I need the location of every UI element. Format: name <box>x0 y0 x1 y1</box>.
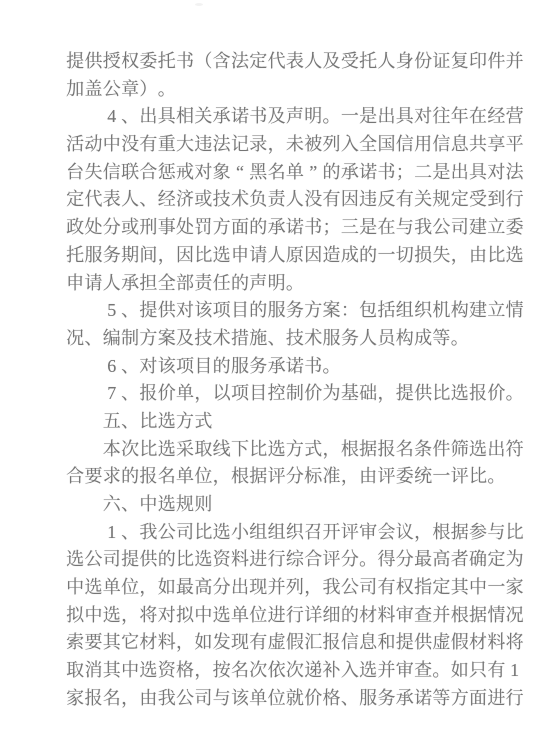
text-line: 5、提供对该项目的服务方案：包括组织机构建立情 <box>66 297 525 325</box>
text-line: 政处分或刑事处罚方面的承诺书；三是在与我公司建立委 <box>66 214 525 242</box>
text-line: 活动中没有重大违法记录，未被列入全国信用信息共享平 <box>66 131 525 159</box>
document-text-block: 提供授权委托书（含法定代表人及受托人身份证复印件并加盖公章）。4、出具相关承诺书… <box>66 48 525 713</box>
text-line: 加盖公章）。 <box>66 76 525 104</box>
text-line: 台失信联合惩戒对象“黑名单”的承诺书；二是出具对法 <box>66 159 525 187</box>
text-line: 家报名，由我公司与该单位就价格、服务承诺等方面进行 <box>66 685 525 713</box>
text-line: 拟中选，将对拟中选单位进行详细的材料审查并根据情况 <box>66 602 525 630</box>
text-line: 提供授权委托书（含法定代表人及受托人身份证复印件并 <box>66 48 525 76</box>
text-line: 本次比选采取线下比选方式，根据报名条件筛选出符 <box>66 436 525 464</box>
scan-speck <box>195 3 203 6</box>
text-line: 六、中选规则 <box>66 491 525 519</box>
text-line: 况、编制方案及技术措施、技术服务人员构成等。 <box>66 325 525 353</box>
document-page: 提供授权委托书（含法定代表人及受托人身份证复印件并加盖公章）。4、出具相关承诺书… <box>0 0 539 755</box>
text-line: 托服务期间，因比选申请人原因造成的一切损失，由比选 <box>66 242 525 270</box>
text-line: 取消其中选资格，按名次依次递补入选并审查。如只有1 <box>66 657 525 685</box>
text-line: 五、比选方式 <box>66 408 525 436</box>
text-line: 索要其它材料，如发现有虚假汇报信息和提供虚假材料将 <box>66 629 525 657</box>
text-line: 4、出具相关承诺书及声明。一是出具对往年在经营 <box>66 103 525 131</box>
text-line: 选公司提供的比选资料进行综合评分。得分最高者确定为 <box>66 546 525 574</box>
text-line: 7、报价单，以项目控制价为基础，提供比选报价。 <box>66 380 525 408</box>
text-line: 定代表人、经济或技术负责人没有因违反有关规定受到行 <box>66 186 525 214</box>
text-line: 申请人承担全部责任的声明。 <box>66 270 525 298</box>
text-line: 合要求的报名单位，根据评分标准，由评委统一评比。 <box>66 463 525 491</box>
text-line: 1、我公司比选小组组织召开评审会议，根据参与比 <box>66 519 525 547</box>
text-line: 6、对该项目的服务承诺书。 <box>66 353 525 381</box>
text-line: 中选单位，如最高分出现并列，我公司有权指定其中一家 <box>66 574 525 602</box>
